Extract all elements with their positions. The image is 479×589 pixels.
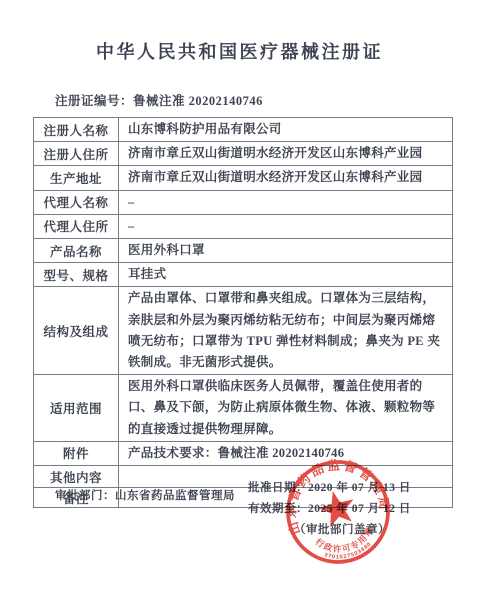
approval-department-label: 审批部门： — [55, 490, 115, 502]
page-title: 中华人民共和国医疗器械注册证 — [0, 38, 479, 64]
table-row: 附件 产品技术要求：鲁械注准 20202140746 — [34, 441, 453, 465]
valid-until-label: 有效期至： — [248, 503, 308, 515]
svg-text:3701027503440: 3701027503440 — [322, 541, 374, 566]
dates-block: 批准日期：2020 年 07 月 13 日 有效期至：2025 年 07 月 1… — [248, 478, 411, 541]
table-row: 代理人名称 – — [34, 190, 453, 214]
row-label: 生产地址 — [34, 166, 119, 190]
certificate-number-value: 鲁械注准 20202140746 — [133, 94, 263, 108]
row-label: 其他内容 — [34, 466, 119, 488]
approval-date-label: 批准日期： — [248, 482, 308, 494]
row-value: 产品技术要求：鲁械注准 20202140746 — [119, 441, 453, 465]
valid-until-line: 有效期至：2025 年 07 月 12 日 — [248, 499, 411, 520]
row-value: 耳挂式 — [119, 263, 453, 287]
table-row: 生产地址 济南市章丘双山街道明水经济开发区山东博科产业园 — [34, 166, 453, 190]
approval-date-line: 批准日期：2020 年 07 月 13 日 — [248, 478, 411, 499]
row-value: 医用外科口罩供临床医务人员佩带，覆盖住使用者的口、鼻及下颌，为防止病原体微生物、… — [119, 375, 453, 442]
table-row: 代理人住所 – — [34, 214, 453, 238]
certificate-number-line: 注册证编号：鲁械注准 20202140746 — [55, 91, 263, 109]
row-label: 注册人住所 — [34, 142, 119, 166]
table-row: 结构及组成 产品由罩体、口罩带和鼻夹组成。口罩体为三层结构，亲肤层和外层为聚丙烯… — [34, 287, 453, 375]
table-row: 产品名称 医用外科口罩 — [34, 239, 453, 263]
row-label: 代理人住所 — [34, 214, 119, 238]
row-label: 注册人名称 — [34, 118, 119, 142]
approval-department-value: 山东省药品监督管理局 — [115, 490, 235, 502]
table-row: 型号、规格 耳挂式 — [34, 263, 453, 287]
row-label: 结构及组成 — [34, 287, 119, 375]
certificate-document: 中华人民共和国医疗器械注册证 注册证编号：鲁械注准 20202140746 注册… — [0, 0, 479, 589]
row-label: 附件 — [34, 441, 119, 465]
table-row: 注册人住所 济南市章丘双山街道明水经济开发区山东博科产业园 — [34, 142, 453, 166]
certificate-number-label: 注册证编号： — [55, 94, 133, 108]
row-label: 产品名称 — [34, 239, 119, 263]
row-label: 适用范围 — [34, 375, 119, 442]
row-value: – — [119, 190, 453, 214]
row-value: 山东博科防护用品有限公司 — [119, 118, 453, 142]
approval-department-line: 审批部门：山东省药品监督管理局 — [55, 487, 235, 503]
row-label: 型号、规格 — [34, 263, 119, 287]
row-label: 代理人名称 — [34, 190, 119, 214]
row-value: 产品由罩体、口罩带和鼻夹组成。口罩体为三层结构，亲肤层和外层为聚丙烯纺粘无纺布；… — [119, 287, 453, 375]
row-value: 医用外科口罩 — [119, 239, 453, 263]
valid-until-value: 2025 年 07 月 12 日 — [308, 503, 411, 515]
row-value: 济南市章丘双山街道明水经济开发区山东博科产业园 — [119, 142, 453, 166]
certificate-table: 注册人名称 山东博科防护用品有限公司 注册人住所 济南市章丘双山街道明水经济开发… — [33, 117, 453, 508]
approval-date-value: 2020 年 07 月 13 日 — [308, 482, 411, 494]
table-row: 适用范围 医用外科口罩供临床医务人员佩带，覆盖住使用者的口、鼻及下颌，为防止病原… — [34, 375, 453, 442]
seal-note: （审批部门盖章） — [294, 520, 411, 541]
row-value: 济南市章丘双山街道明水经济开发区山东博科产业园 — [119, 166, 453, 190]
stamp-code-text: 3701027503440 — [322, 541, 374, 566]
row-value: – — [119, 214, 453, 238]
table-row: 注册人名称 山东博科防护用品有限公司 — [34, 118, 453, 142]
